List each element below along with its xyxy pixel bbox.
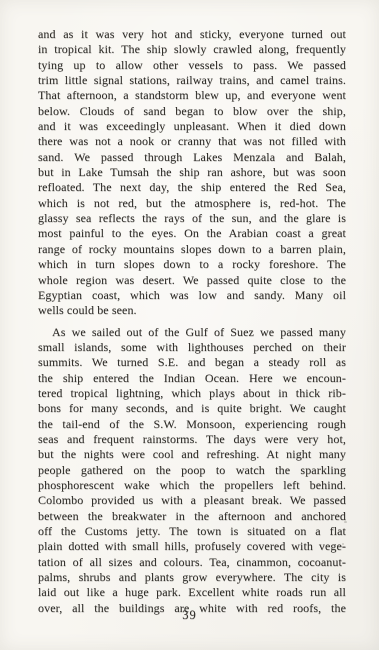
text-line: which is not red, but the atmosphere is,… (38, 196, 346, 211)
text-line: the ship entered the Indian Ocean. Here … (38, 371, 346, 386)
text-line: sand. We passed through Lakes Menzala an… (38, 150, 346, 165)
text-line: below. Clouds of sand began to blow over… (38, 104, 346, 119)
text-line: people gathered on the poop to watch the… (38, 463, 346, 478)
scan-speck (344, 521, 347, 523)
text-line: and as it was very hot and sticky, every… (38, 27, 346, 42)
page-text: and as it was very hot and sticky, every… (38, 27, 346, 616)
text-line: seas and frequent rainstorms. The days w… (38, 432, 346, 447)
page-number: 39 (0, 608, 379, 623)
text-line: between the breakwater in the afternoon … (38, 509, 346, 524)
text-line: in tropical kit. The ship slowly crawled… (38, 42, 346, 57)
text-line: Colombo provided us with a pleasant brea… (38, 493, 346, 508)
text-line: That afternoon, a standstorm blew up, an… (38, 88, 346, 103)
scan-speck (342, 543, 344, 545)
text-line: As we sailed out of the Gulf of Suez we … (38, 325, 346, 340)
text-line: laid out like a huge park. Excellent whi… (38, 585, 346, 600)
text-line: tying up to allow other vessels to pass.… (38, 58, 346, 73)
text-line: tered tropical lightning, which plays ab… (38, 386, 346, 401)
text-line: summits. We turned S.E. and began a stea… (38, 355, 346, 370)
text-line: small islands, some with lighthouses per… (38, 340, 346, 355)
text-line: tation of all sizes and colours. Tea, ci… (38, 555, 346, 570)
text-line: the tail-end of the S.W. Monsoon, experi… (38, 417, 346, 432)
text-line: which in turn slopes down to a rocky for… (38, 257, 346, 272)
book-page: and as it was very hot and sticky, every… (0, 0, 379, 650)
text-line: bons for many seconds, and is quite brig… (38, 401, 346, 416)
text-line: palms, shrubs and plants grow everywhere… (38, 570, 346, 585)
text-line: but the nights were cool and refreshing.… (38, 447, 346, 462)
text-line: plain dotted with small hills, profusely… (38, 539, 346, 554)
paragraph: As we sailed out of the Gulf of Suez we … (38, 325, 346, 617)
text-line: wells could be seen. (38, 303, 346, 318)
text-line: refloated. The next day, the ship entere… (38, 180, 346, 195)
text-line: whole region was desert. We passed quite… (38, 273, 346, 288)
paragraph: and as it was very hot and sticky, every… (38, 27, 346, 319)
text-line: off the Customs jetty. The town is situa… (38, 524, 346, 539)
text-line: most painful to the eyes. On the Arabian… (38, 226, 346, 241)
text-line: there was not a nook or cranny that was … (38, 134, 346, 149)
text-line: and it was exceedingly unpleasant. When … (38, 119, 346, 134)
text-line: phosphorescent wake which the propellers… (38, 478, 346, 493)
text-line: trim little signal stations, railway tra… (38, 73, 346, 88)
text-line: range of rocky mountains slopes down to … (38, 242, 346, 257)
text-line: but in Lake Tumsah the ship ran ashore, … (38, 165, 346, 180)
text-line: Egyptian coast, which was low and sandy.… (38, 288, 346, 303)
text-line: glassy sea reflects the rays of the sun,… (38, 211, 346, 226)
